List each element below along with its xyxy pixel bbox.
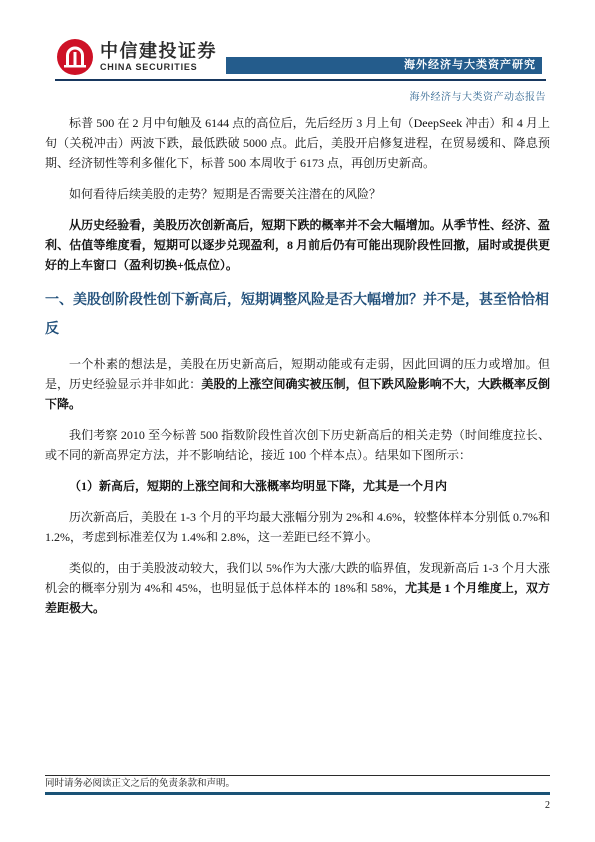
- paragraph-finding-1: （1）新高后，短期的上涨空间和大涨概率均明显下降，尤其是一个月内: [45, 476, 550, 496]
- company-name: 中信建投证券 CHINA SECURITIES: [100, 42, 217, 72]
- report-body: 标普 500 在 2 月中旬触及 6144 点的高位后，先后经历 3 月上旬（D…: [45, 113, 550, 629]
- paragraph-big-move-probability: 类似的，由于美股波动较大，我们以 5%作为大涨/大跌的临界值，发现新高后 1-3…: [45, 558, 550, 618]
- report-type-label: 海外经济与大类资产动态报告: [45, 88, 546, 103]
- page-footer: 同时请务必阅读正文之后的免责条款和声明。 2: [45, 775, 550, 811]
- paragraph-question: 如何看待后续美股的走势？短期是否需要关注潜在的风险？: [45, 184, 550, 204]
- paragraph-sp500-recap: 标普 500 在 2 月中旬触及 6144 点的高位后，先后经历 3 月上旬（D…: [45, 113, 550, 173]
- section-1-heading: 一、美股创阶段性创下新高后，短期调整风险是否大幅增加？并不是，甚至恰恰相反: [45, 286, 550, 344]
- paragraph-naive-idea: 一个朴素的想法是，美股在历史新高后，短期动能或有走弱，因此回调的压力或增加。但是…: [45, 354, 550, 414]
- paragraph-sample-method: 我们考察 2010 至今标普 500 指数阶段性首次创下历史新高后的相关走势（时…: [45, 425, 550, 465]
- disclaimer-text: 同时请务必阅读正文之后的免责条款和声明。: [45, 776, 550, 792]
- paragraph-max-gain-stats: 历次新高后，美股在 1-3 个月的平均最大涨幅分别为 2%和 4.6%，较整体样…: [45, 507, 550, 547]
- paragraph-key-view: 从历史经验看，美股历次创新高后，短期下跌的概率并不会大幅增加。从季节性、经济、盈…: [45, 215, 550, 275]
- research-series-banner: 海外经济与大类资产研究: [226, 57, 542, 74]
- page-number: 2: [45, 795, 550, 811]
- company-name-en: CHINA SECURITIES: [100, 63, 217, 72]
- header-divider: [55, 79, 546, 81]
- company-logo: 中信建投证券 CHINA SECURITIES: [56, 38, 217, 76]
- company-logo-icon: [56, 38, 94, 76]
- company-name-cn: 中信建投证券: [100, 42, 217, 60]
- report-page: 中信建投证券 CHINA SECURITIES 海外经济与大类资产研究 海外经济…: [0, 0, 595, 842]
